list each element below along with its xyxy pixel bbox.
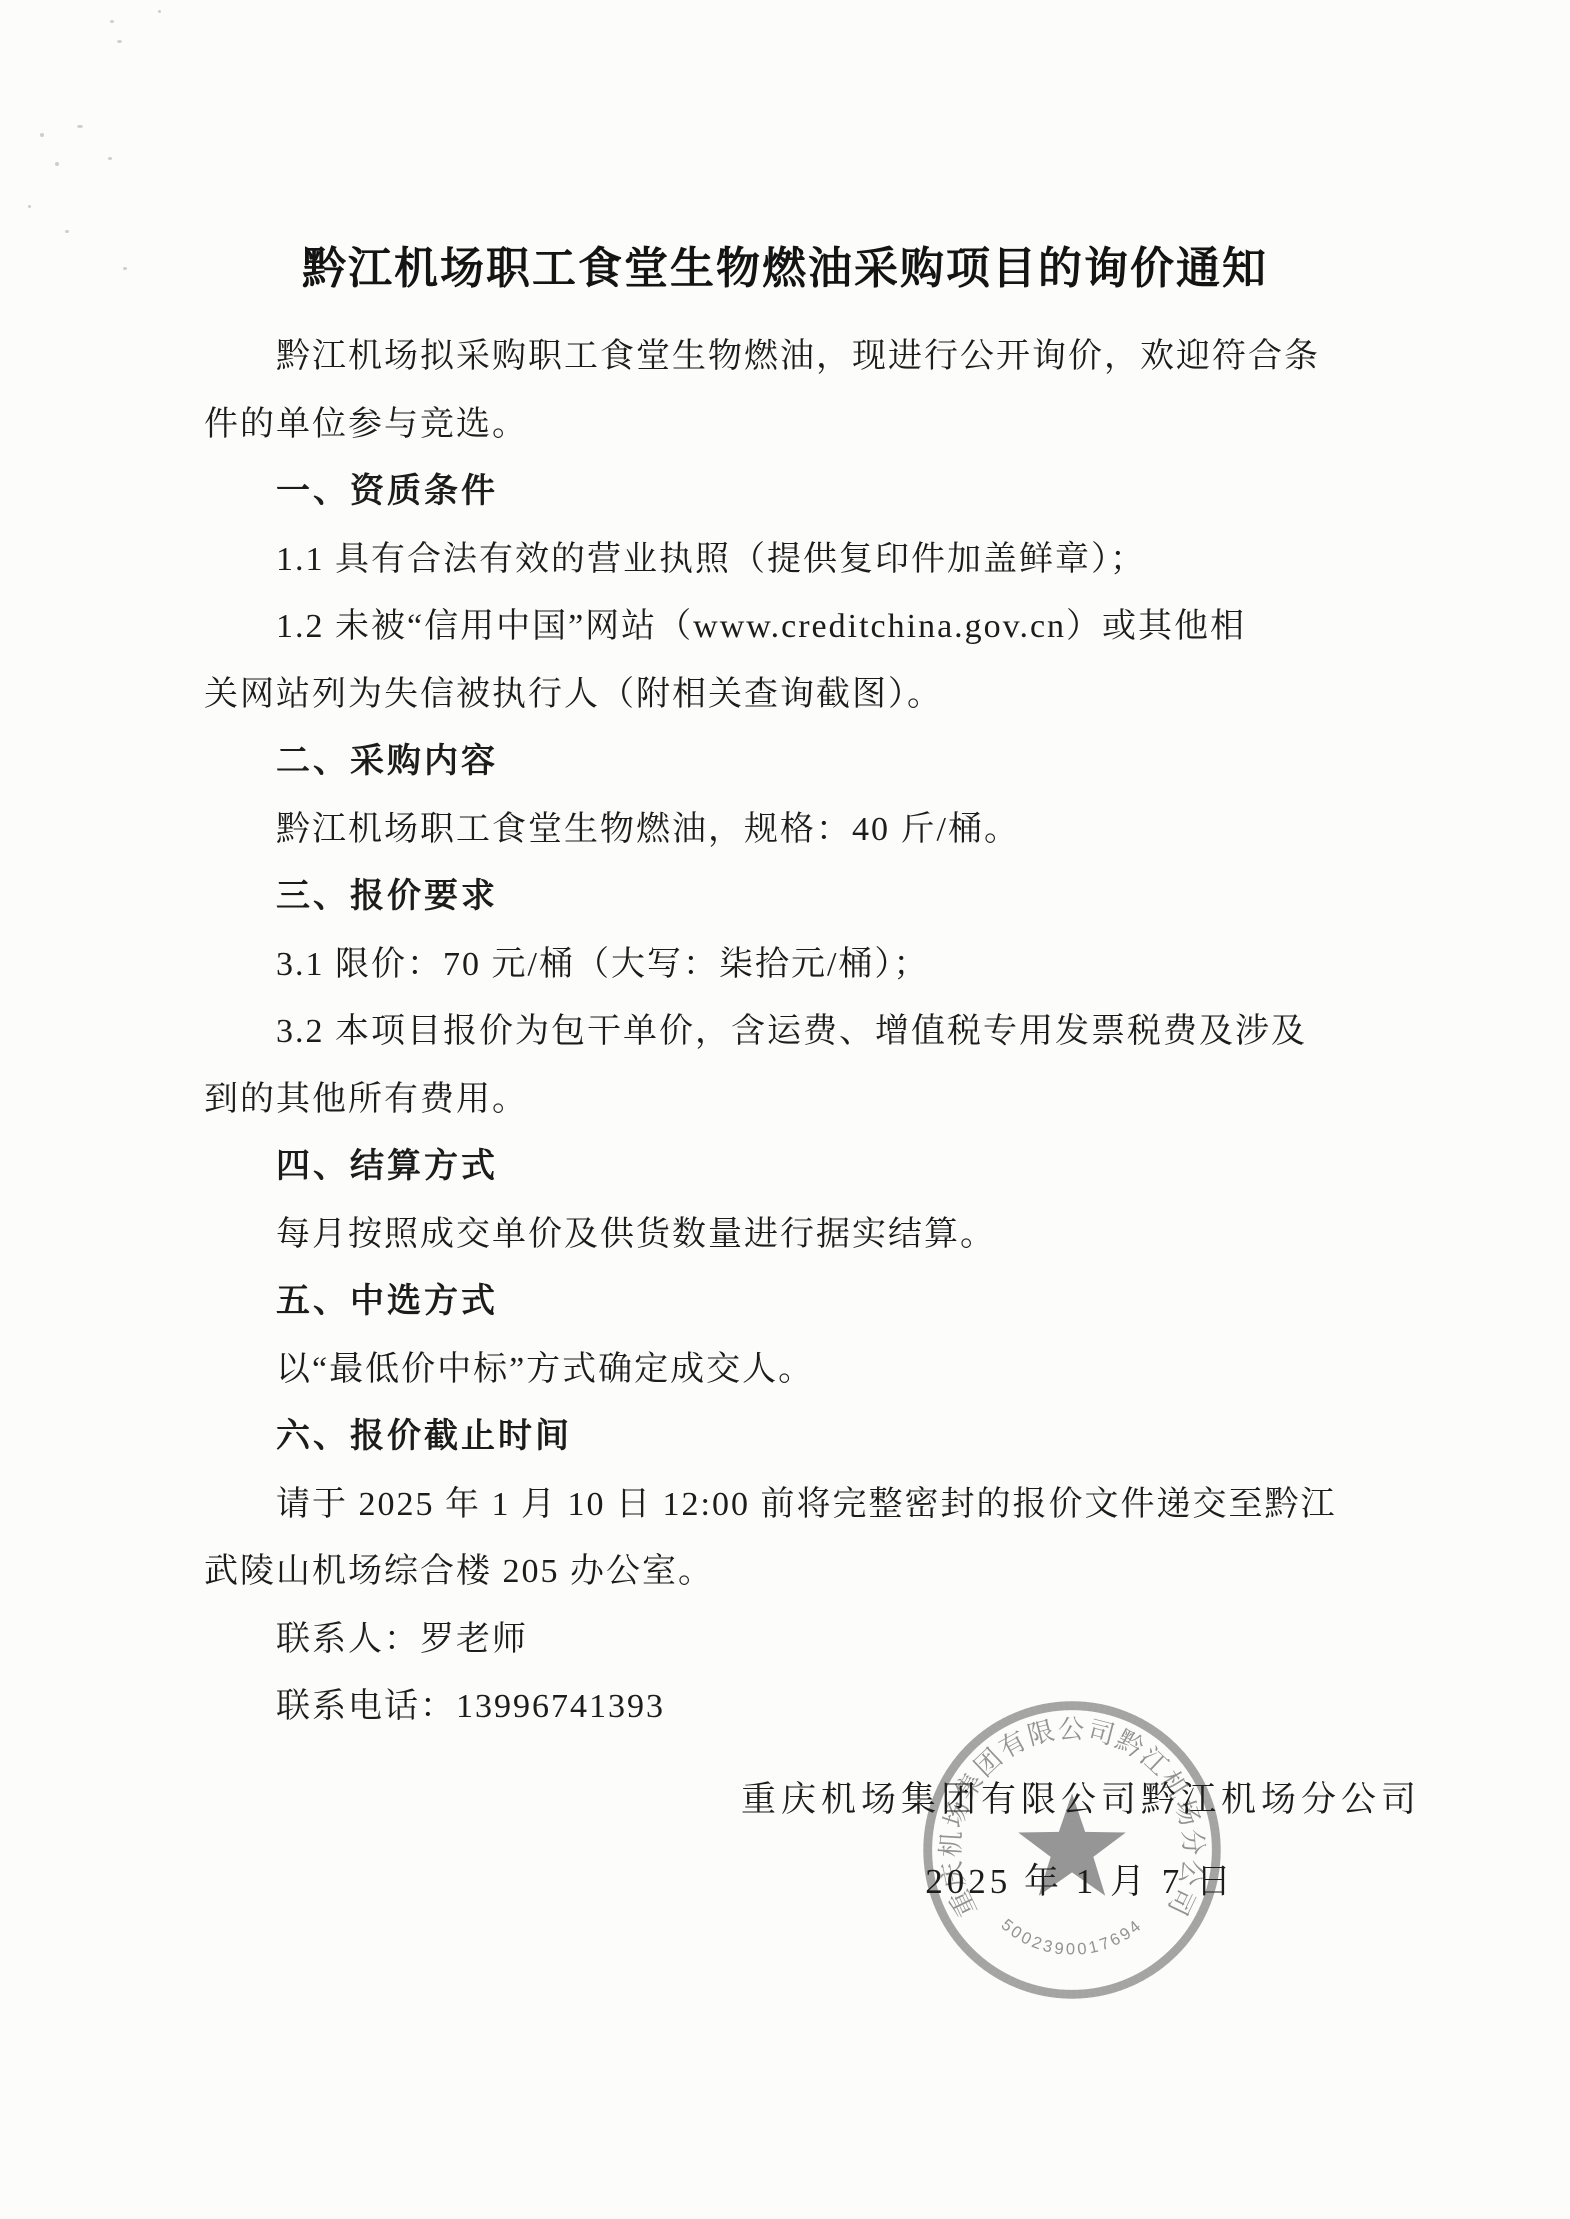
scan-noise (123, 267, 127, 270)
document-line: 武陵山机场综合楼 205 办公室。 (204, 1538, 1430, 1606)
section-heading: 二、采购内容 (204, 728, 1430, 796)
document-line: 以“最低价中标”方式确定成交人。 (204, 1336, 1430, 1404)
scan-noise (110, 20, 114, 23)
document-line: 请于 2025 年 1 月 10 日 12:00 前将完整密封的报价文件递交至黔… (204, 1471, 1430, 1539)
section-heading: 三、报价要求 (204, 863, 1430, 931)
document-title: 黔江机场职工食堂生物燃油采购项目的询价通知 (0, 232, 1570, 296)
section-heading: 一、资质条件 (204, 458, 1430, 526)
scan-noise (55, 162, 59, 166)
document-line: 件的单位参与竞选。 (204, 391, 1430, 459)
document-line: 联系人：罗老师 (204, 1606, 1430, 1674)
document-page: 黔江机场职工食堂生物燃油采购项目的询价通知 黔江机场拟采购职工食堂生物燃油，现进… (0, 0, 1570, 2219)
document-body: 黔江机场拟采购职工食堂生物燃油，现进行公开询价，欢迎符合条件的单位参与竞选。一、… (204, 323, 1430, 1741)
document-line: 每月按照成交单价及供货数量进行据实结算。 (204, 1201, 1430, 1269)
document-line: 到的其他所有费用。 (204, 1066, 1430, 1134)
scan-noise (108, 157, 112, 160)
signature-company: 重庆机场集团有限公司黔江机场分公司 (741, 1772, 1421, 1822)
document-line: 1.1 具有合法有效的营业执照（提供复印件加盖鲜章）； (204, 526, 1430, 594)
scan-noise (117, 40, 122, 43)
document-line: 联系电话：13996741393 (204, 1673, 1430, 1741)
document-line: 关网站列为失信被执行人（附相关查询截图）。 (204, 661, 1430, 729)
scan-noise (28, 205, 31, 208)
scan-noise (40, 133, 44, 137)
signature-date: 2025 年 1 月 7 日 (741, 1854, 1235, 1904)
document-line: 3.2 本项目报价为包干单价，含运费、增值税专用发票税费及涉及 (204, 998, 1430, 1066)
section-heading: 五、中选方式 (204, 1268, 1430, 1336)
document-line: 黔江机场拟采购职工食堂生物燃油，现进行公开询价，欢迎符合条 (204, 323, 1430, 391)
scan-noise (65, 230, 69, 233)
scan-noise (77, 125, 83, 128)
scan-noise (158, 10, 161, 13)
signature-block: 重庆机场集团有限公司黔江机场分公司 2025 年 1 月 7 日 (741, 1772, 1421, 1904)
section-heading: 四、结算方式 (204, 1133, 1430, 1201)
document-line: 黔江机场职工食堂生物燃油，规格：40 斤/桶。 (204, 796, 1430, 864)
stamp-serial-number: 5002390017694 (998, 1915, 1147, 1959)
section-heading: 六、报价截止时间 (204, 1403, 1430, 1471)
document-line: 3.1 限价：70 元/桶（大写：柒拾元/桶）； (204, 931, 1430, 999)
document-line: 1.2 未被“信用中国”网站（www.creditchina.gov.cn）或其… (204, 593, 1430, 661)
svg-text:5002390017694: 5002390017694 (998, 1915, 1147, 1959)
